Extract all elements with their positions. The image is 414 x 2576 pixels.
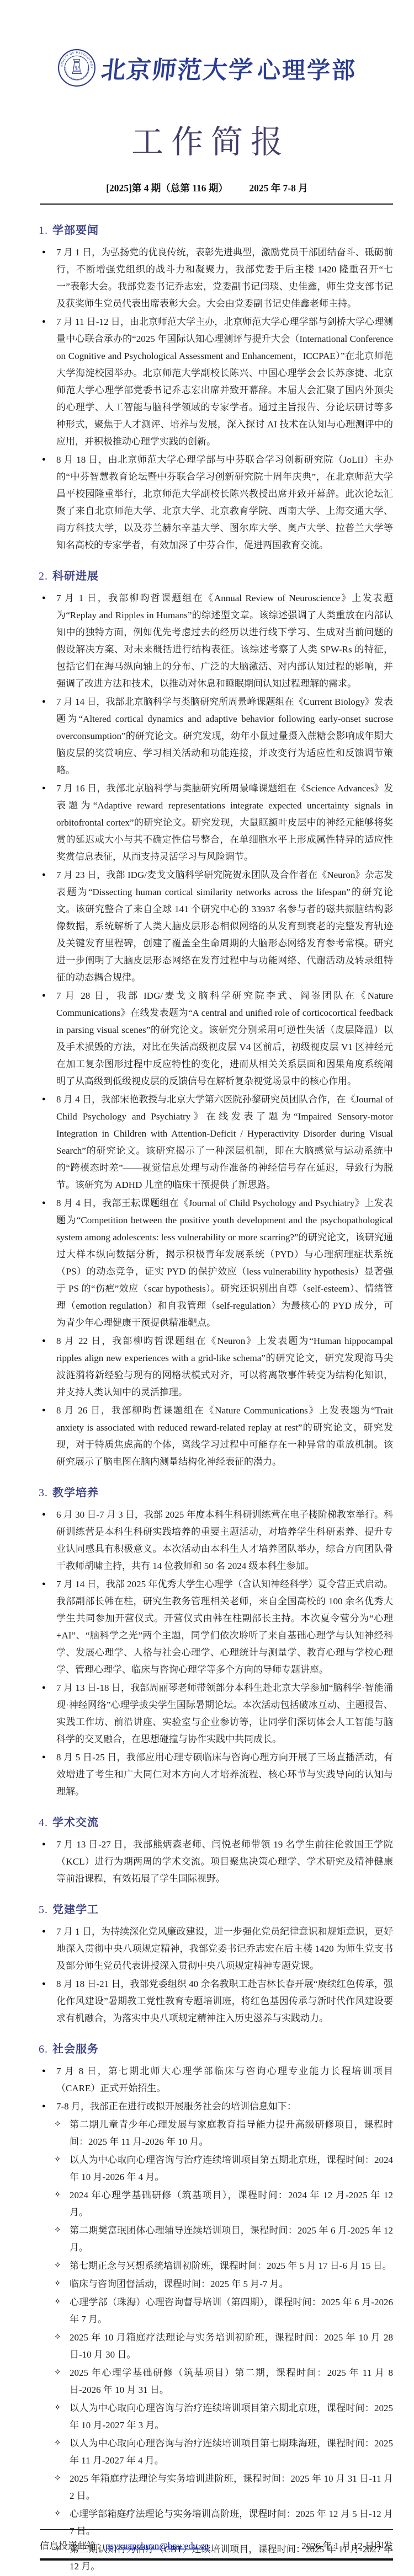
list-item: ● 7 月 13 日-27 日，我部熊炳森老师、闫悦老师带领 19 名学生前往伦… bbox=[40, 1836, 393, 1887]
university-wordmark: 北京师范大学 心理学部 bbox=[102, 50, 357, 85]
bullet-icon: ● bbox=[40, 987, 56, 1090]
section-heading-shehuifuwu: 6.社会服务 bbox=[39, 2040, 393, 2056]
training-list-item: ✧ 以人为中心取向心理咨询与治疗连续培训项目第五期北京班，课程时间：2024 年… bbox=[54, 2151, 393, 2186]
star-bullet-icon: ✧ bbox=[54, 2364, 70, 2398]
list-item: ● 7 月 8 日，第七期北师大心理学部临床与咨询心理专业能力长程培训项目（CA… bbox=[40, 2063, 393, 2097]
issue-period: 2025 年 7-8 月 bbox=[249, 183, 307, 194]
bullet-icon: ● bbox=[40, 2063, 56, 2097]
section-heading-dangjianxuegong: 5.党建学工 bbox=[39, 1900, 393, 1916]
contact-email-link[interactable]: psyxuanchuan@bnu.edu.cn bbox=[105, 2541, 209, 2551]
list-item: ● 8 月 18 日，由北京师范大学心理学部与中芬联合学习创新研究院（JoLII… bbox=[40, 451, 393, 554]
training-list-item: ✧ 第七期正念与冥想系统培训初阶班，课程时间：2025 年 5 月 17 日-6… bbox=[54, 2257, 393, 2274]
bullet-icon: ● bbox=[40, 1402, 56, 1470]
section-heading-jiaoxuepeiyang: 3.教学培养 bbox=[39, 1484, 393, 1499]
list-item: ● 8 月 26 日，我部柳昀哲课题组在《Nature Communicatio… bbox=[40, 1402, 393, 1470]
list-item: ● 7-8 月，我部正在进行或拟开展服务社会的培训信息如下： bbox=[40, 2098, 393, 2115]
star-bullet-icon: ✧ bbox=[54, 2400, 70, 2434]
issue-line: [2025]第 4 期（总第 116 期） 2025 年 7-8 月 bbox=[0, 181, 414, 195]
list-item: ● 7 月 1 日，为持续深化党风廉政建设，进一步强化党员纪律意识和规矩意识，更… bbox=[40, 1923, 393, 1974]
star-bullet-icon: ✧ bbox=[54, 2275, 70, 2293]
star-bullet-icon: ✧ bbox=[54, 2116, 70, 2150]
section-heading-xuebuyaowen: 1.学部要闻 bbox=[39, 221, 393, 237]
bullet-icon: ● bbox=[40, 1923, 56, 1974]
document-footer: 信息投递邮箱：psyxuanchuan@bnu.edu.cn 2026 年 1 … bbox=[0, 2529, 414, 2561]
training-list-item: ✧ 2025 年心理学基础研修（筑基项目）第二期，课程时间：2025 年 11 … bbox=[54, 2364, 393, 2398]
footer-divider-thick bbox=[40, 2558, 393, 2561]
star-bullet-icon: ✧ bbox=[54, 2257, 70, 2274]
star-bullet-icon: ✧ bbox=[54, 2294, 70, 2328]
document-header: FACULTY OF PSYCHOLOGY BEIJING NORMAL UNI… bbox=[0, 0, 414, 205]
star-bullet-icon: ✧ bbox=[54, 2470, 70, 2504]
bullet-icon: ● bbox=[40, 313, 56, 450]
document-body: 1.学部要闻 ● 7 月 1 日，为弘扬党的优良传统，表彰先进典型，激励党员干部… bbox=[0, 205, 414, 2575]
star-bullet-icon: ✧ bbox=[54, 2222, 70, 2256]
contact-label: 信息投递邮箱： bbox=[40, 2541, 105, 2551]
bullet-icon: ● bbox=[40, 780, 56, 865]
bullet-icon: ● bbox=[40, 1506, 56, 1574]
list-item: ● 8 月 22 日，我部柳昀哲课题组在《Neuron》上发表题为“Human … bbox=[40, 1332, 393, 1401]
work-brief-page: FACULTY OF PSYCHOLOGY BEIJING NORMAL UNI… bbox=[0, 0, 414, 2575]
list-item: ● 7 月 13 日-18 日，我部周丽琴老师带领部分本科生赴北京大学参加“脑科… bbox=[40, 1679, 393, 1748]
list-item: ● 8 月 5 日-25 日，我部应用心理专硕临床与咨询心理方向开展了三场直播活… bbox=[40, 1749, 393, 1800]
training-list-item: ✧ 2025 年 10 月箱庭疗法理论与实务培训初阶班，课程时间：2025 年 … bbox=[54, 2329, 393, 2363]
faculty-name: 心理学部 bbox=[257, 52, 357, 85]
bullet-icon: ● bbox=[40, 1836, 56, 1887]
issue-number: [2025]第 4 期（总第 116 期） bbox=[106, 183, 228, 194]
bullet-icon: ● bbox=[40, 1576, 56, 1678]
training-list-item: ✧ 2025 年箱庭疗法理论与实务培训进阶班，课程时间：2025 年 10 月 … bbox=[54, 2470, 393, 2504]
training-list-item: ✧ 心理学部（珠海）心理咨询督导培训（第四期），课程时间：2025 年 6 月-… bbox=[54, 2294, 393, 2328]
bullet-icon: ● bbox=[40, 244, 56, 312]
bullet-icon: ● bbox=[40, 1679, 56, 1748]
bullet-icon: ● bbox=[40, 1975, 56, 2027]
university-name: 北京师范大学 bbox=[100, 50, 256, 85]
list-item: ● 7 月 14 日，我部北京脑科学与类脑研究所周景峰课题组在《Current … bbox=[40, 693, 393, 779]
training-list-item: ✧ 以人为中心取向心理咨询与治疗连续培训项目第七期珠海班，课程时间：2025 年… bbox=[54, 2435, 393, 2469]
star-bullet-icon: ✧ bbox=[54, 2151, 70, 2186]
list-item: ● 8 月 4 日，我部宋艳教授与北京大学第六医院孙黎研究员团队合作，在《Jou… bbox=[40, 1091, 393, 1193]
list-item: ● 7 月 16 日，我部北京脑科学与类脑研究所周景峰课题组在《Science … bbox=[40, 780, 393, 865]
training-list-item: ✧ 临床与咨询团督活动，课程时间：2025 年 5 月-7 月。 bbox=[54, 2275, 393, 2293]
list-item: ● 7 月 14 日，我部 2025 年优秀大学生心理学（含认知神经科学）夏令营… bbox=[40, 1576, 393, 1678]
bullet-icon: ● bbox=[40, 1749, 56, 1800]
list-item: ● 7 月 11 日-12 日，由北京师范大学主办，北京师范大学心理学部与剑桥大… bbox=[40, 313, 393, 450]
page-title: 工作简报 bbox=[0, 116, 414, 162]
contact-info: 信息投递邮箱：psyxuanchuan@bnu.edu.cn bbox=[40, 2538, 209, 2552]
star-bullet-icon: ✧ bbox=[54, 2435, 70, 2469]
bullet-icon: ● bbox=[40, 2098, 56, 2115]
list-item: ● 8 月 18 日-21 日，我部党委组织 40 余名教职工赴吉林长春开展“赓… bbox=[40, 1975, 393, 2027]
section-heading-xueshujiaoliu: 4.学术交流 bbox=[39, 1813, 393, 1829]
training-list-item: ✧ 以人为中心取向心理咨询与治疗连续培训项目第六期北京班，课程时间：2025 年… bbox=[54, 2400, 393, 2434]
university-seal-icon: FACULTY OF PSYCHOLOGY BEIJING NORMAL UNI… bbox=[57, 49, 96, 87]
list-item: ● 7 月 23 日，我部 IDG/麦戈文脑科学研究院贺永团队及合作者在《Neu… bbox=[40, 866, 393, 986]
list-item: ● 7 月 1 日，我部柳昀哲课题组在《Annual Review of Neu… bbox=[40, 590, 393, 692]
university-logo: FACULTY OF PSYCHOLOGY BEIJING NORMAL UNI… bbox=[0, 0, 414, 87]
bullet-icon: ● bbox=[40, 1332, 56, 1401]
bullet-icon: ● bbox=[40, 590, 56, 692]
training-list-item: ✧ 第二期樊富珉团体心理辅导连续培训项目，课程时间：2025 年 6 月-202… bbox=[54, 2222, 393, 2256]
footer-divider-thin bbox=[40, 2529, 393, 2530]
bullet-icon: ● bbox=[40, 1195, 56, 1331]
list-item: ● 7 月 28 日，我部 IDG/麦戈文脑科学研究院李武、阎崟团队在《Natu… bbox=[40, 987, 393, 1090]
bullet-icon: ● bbox=[40, 451, 56, 554]
bullet-icon: ● bbox=[40, 1091, 56, 1193]
training-list-item: ✧ 2024 年心理学基础研修（筑基项目），课程时间：2024 年 12 月-2… bbox=[54, 2187, 393, 2221]
bullet-icon: ● bbox=[40, 693, 56, 779]
section-heading-keyanjinzhan: 2.科研进展 bbox=[39, 567, 393, 583]
list-item: ● 6 月 30 日-7 月 3 日，我部 2025 年度本科生科研训练营在电子… bbox=[40, 1506, 393, 1574]
list-item: ● 7 月 1 日，为弘扬党的优良传统，表彰先进典型，激励党员干部团结奋斗、砥砺… bbox=[40, 244, 393, 312]
star-bullet-icon: ✧ bbox=[54, 2329, 70, 2363]
bullet-icon: ● bbox=[40, 866, 56, 986]
svg-text:Ψ: Ψ bbox=[75, 65, 79, 72]
training-list-item: ✧ 第二期儿童青少年心理发展与家庭教育指导能力提升高级研修项目，课程时间：202… bbox=[54, 2116, 393, 2150]
list-item: ● 8 月 4 日，我部王耘课题组在《Journal of Child Psyc… bbox=[40, 1195, 393, 1331]
star-bullet-icon: ✧ bbox=[54, 2187, 70, 2221]
print-date: 2026 年 1 月 12 日印发 bbox=[301, 2538, 393, 2552]
